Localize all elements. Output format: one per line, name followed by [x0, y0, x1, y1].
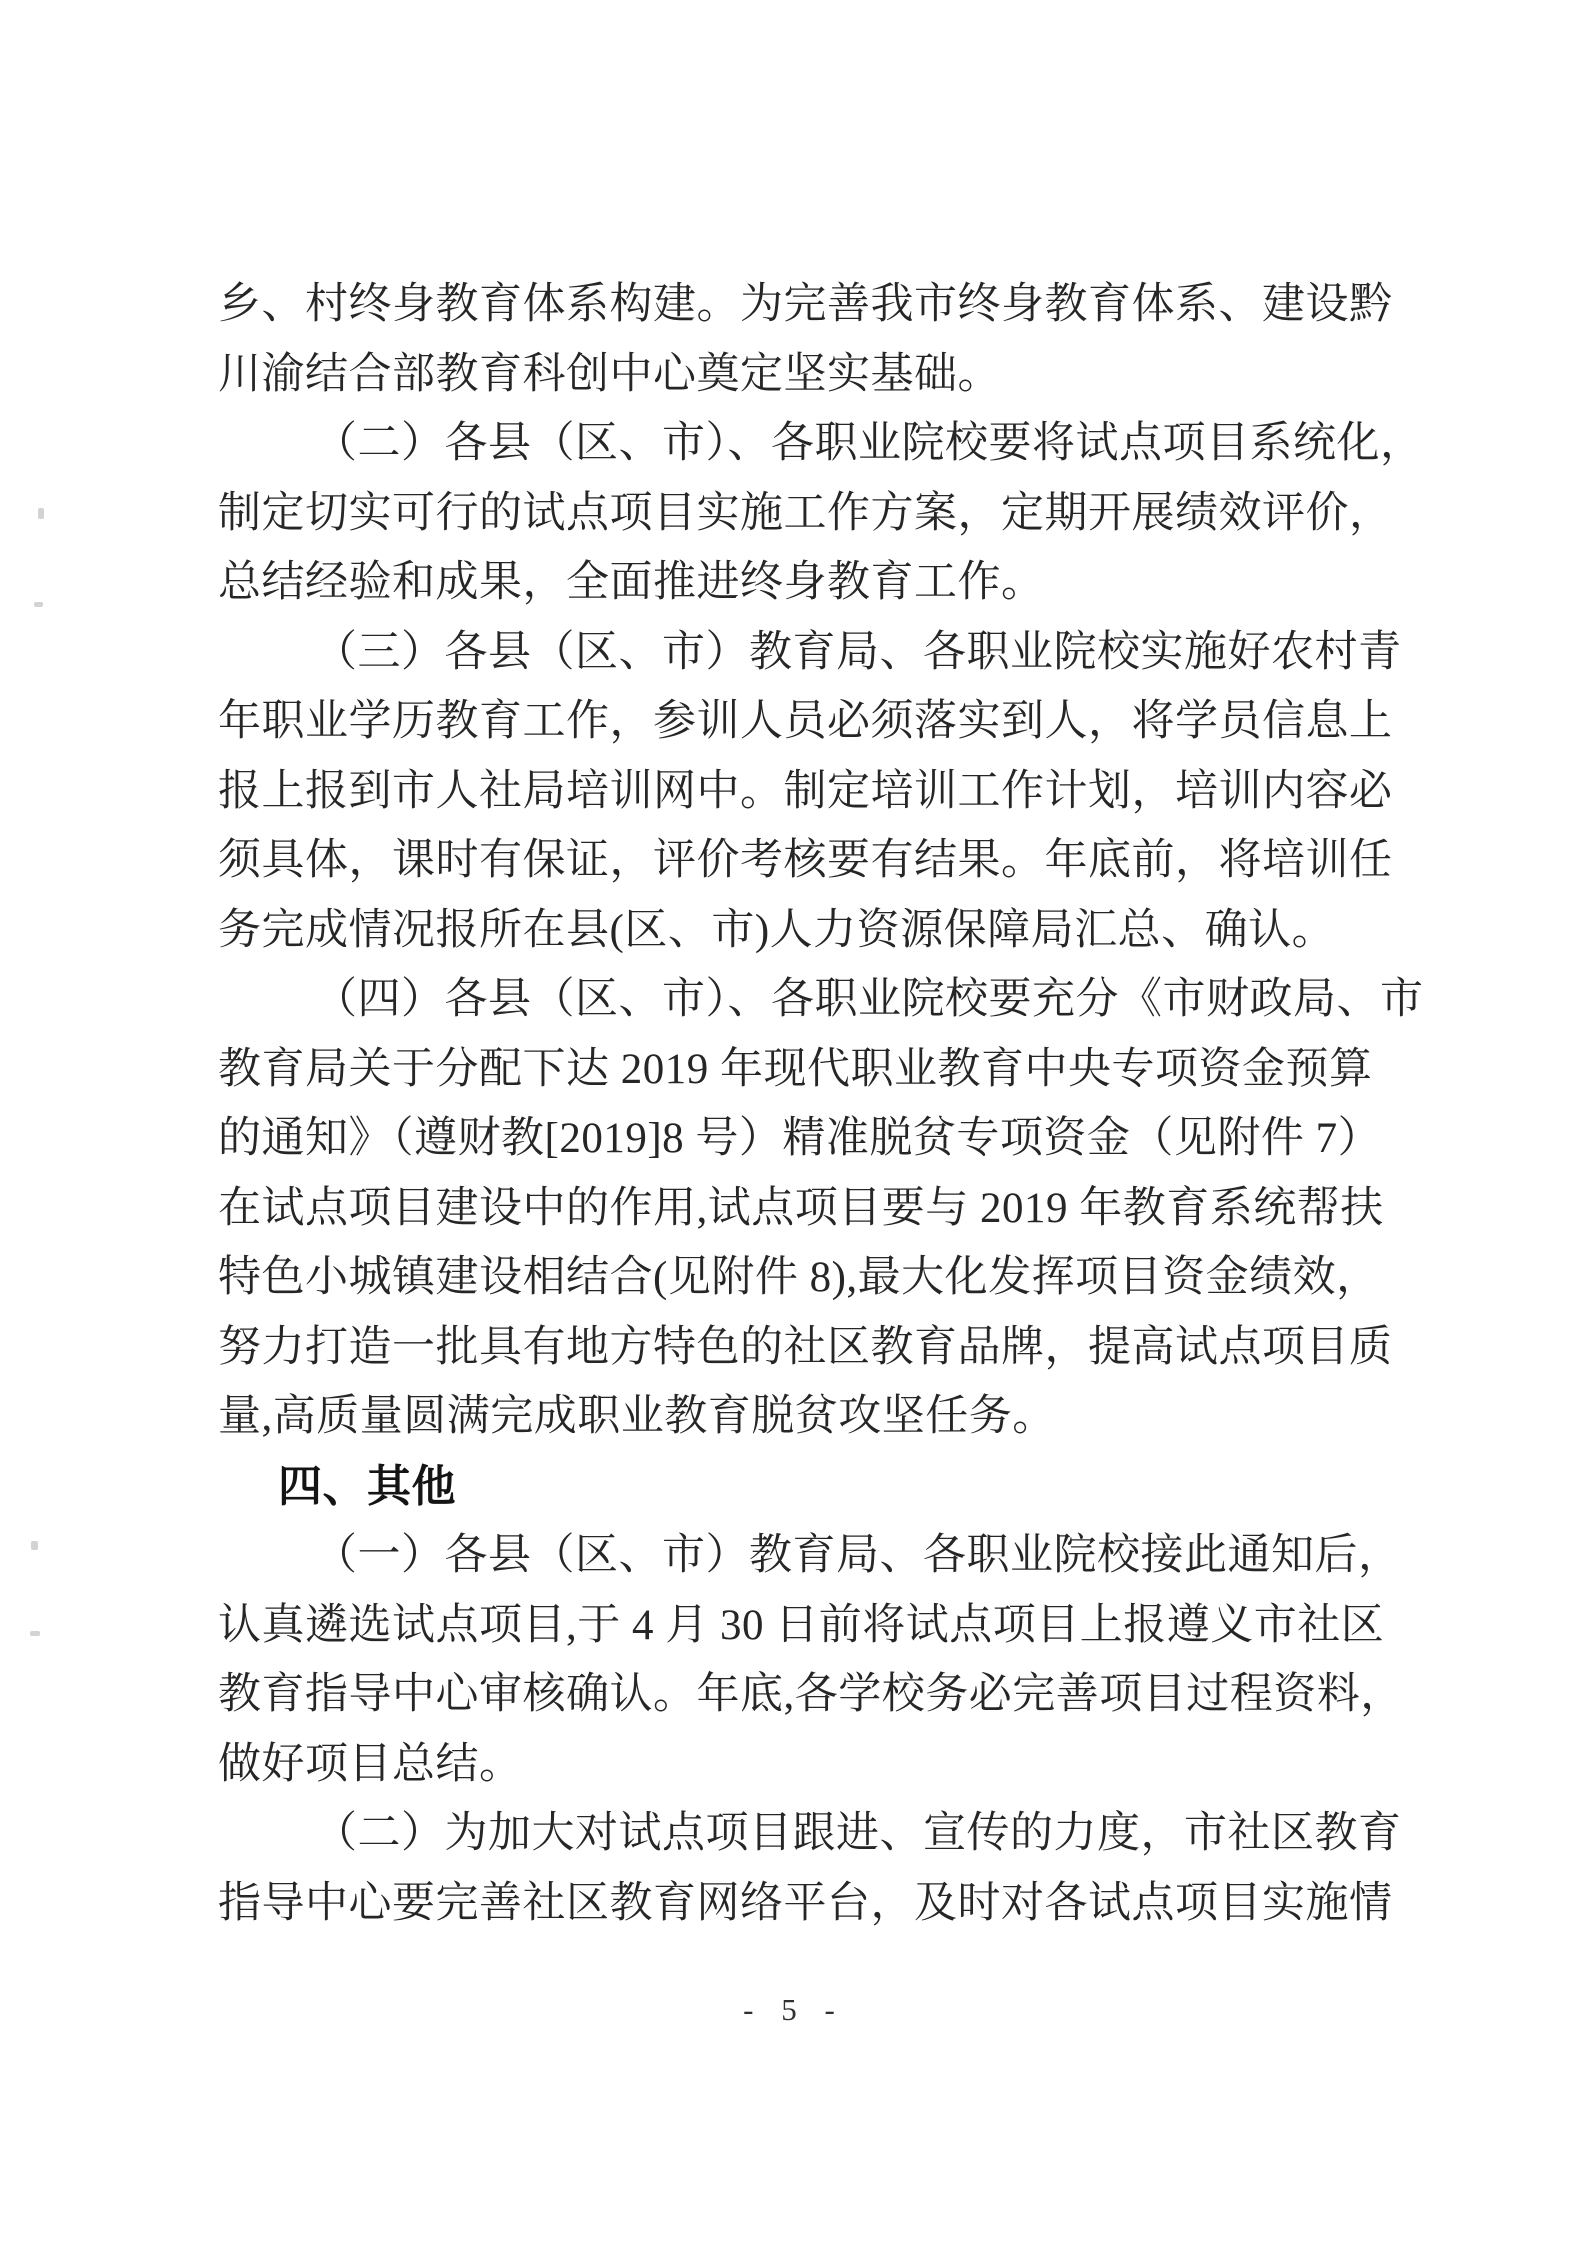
scan-speck — [34, 602, 43, 607]
text-line: （三）各县（区、市）教育局、各职业院校实施好农村青 — [218, 618, 1358, 688]
page-number: - 5 - — [0, 1992, 1588, 2028]
text-line: 川渝结合部教育科创中心奠定坚实基础。 — [218, 340, 1358, 410]
text-line: 制定切实可行的试点项目实施工作方案，定期开展绩效评价， — [218, 479, 1358, 549]
text-line: 报上报到市人社局培训网中。制定培训工作计划，培训内容必 — [218, 757, 1358, 827]
text-line: 的通知》（遵财教[2019]8 号）精准脱贫专项资金（见附件 7） — [218, 1104, 1358, 1174]
text-line: 努力打造一批具有地方特色的社区教育品牌，提高试点项目质 — [218, 1313, 1358, 1383]
text-line: （四）各县（区、市）、各职业院校要充分《市财政局、市 — [218, 965, 1358, 1035]
document-body: 乡、村终身教育体系构建。为完善我市终身教育体系、建设黔川渝结合部教育科创中心奠定… — [218, 270, 1358, 1938]
text-line: 做好项目总结。 — [218, 1730, 1358, 1800]
text-line: 教育指导中心审核确认。年底,各学校务必完善项目过程资料， — [218, 1660, 1358, 1730]
text-line: （一）各县（区、市）教育局、各职业院校接此通知后， — [218, 1521, 1358, 1591]
text-line: 指导中心要完善社区教育网络平台，及时对各试点项目实施情 — [218, 1869, 1358, 1939]
text-line: 须具体，课时有保证，评价考核要有结果。年底前，将培训任 — [218, 826, 1358, 896]
text-line: 认真遴选试点项目,于 4 月 30 日前将试点项目上报遵义市社区 — [218, 1591, 1358, 1661]
text-line: （二）为加大对试点项目跟进、宣传的力度，市社区教育 — [218, 1799, 1358, 1869]
scan-speck — [38, 508, 44, 519]
text-line: 在试点项目建设中的作用,试点项目要与 2019 年教育系统帮扶 — [218, 1174, 1358, 1244]
text-line: 四、其他 — [218, 1452, 1358, 1522]
text-line: （二）各县（区、市）、各职业院校要将试点项目系统化， — [218, 409, 1358, 479]
section-heading: 四、其他 — [218, 1452, 1358, 1522]
paragraph: （二）各县（区、市）、各职业院校要将试点项目系统化，制定切实可行的试点项目实施工… — [218, 409, 1358, 618]
scan-speck — [31, 1541, 38, 1550]
paragraph: （二）为加大对试点项目跟进、宣传的力度，市社区教育指导中心要完善社区教育网络平台… — [218, 1799, 1358, 1938]
text-line: 教育局关于分配下达 2019 年现代职业教育中央专项资金预算 — [218, 1035, 1358, 1105]
text-line: 务完成情况报所在县(区、市)人力资源保障局汇总、确认。 — [218, 896, 1358, 966]
text-line: 乡、村终身教育体系构建。为完善我市终身教育体系、建设黔 — [218, 270, 1358, 340]
paragraph: （四）各县（区、市）、各职业院校要充分《市财政局、市教育局关于分配下达 2019… — [218, 965, 1358, 1452]
paragraph: （三）各县（区、市）教育局、各职业院校实施好农村青年职业学历教育工作，参训人员必… — [218, 618, 1358, 966]
text-line: 量,高质量圆满完成职业教育脱贫攻坚任务。 — [218, 1382, 1358, 1452]
text-line: 总结经验和成果，全面推进终身教育工作。 — [218, 548, 1358, 618]
scanned-document-page: 乡、村终身教育体系构建。为完善我市终身教育体系、建设黔川渝结合部教育科创中心奠定… — [0, 0, 1588, 2244]
paragraph: （一）各县（区、市）教育局、各职业院校接此通知后，认真遴选试点项目,于 4 月 … — [218, 1521, 1358, 1799]
text-line: 特色小城镇建设相结合(见附件 8),最大化发挥项目资金绩效， — [218, 1243, 1358, 1313]
text-line: 年职业学历教育工作，参训人员必须落实到人，将学员信息上 — [218, 687, 1358, 757]
paragraph: 乡、村终身教育体系构建。为完善我市终身教育体系、建设黔川渝结合部教育科创中心奠定… — [218, 270, 1358, 409]
scan-speck — [30, 1631, 40, 1636]
